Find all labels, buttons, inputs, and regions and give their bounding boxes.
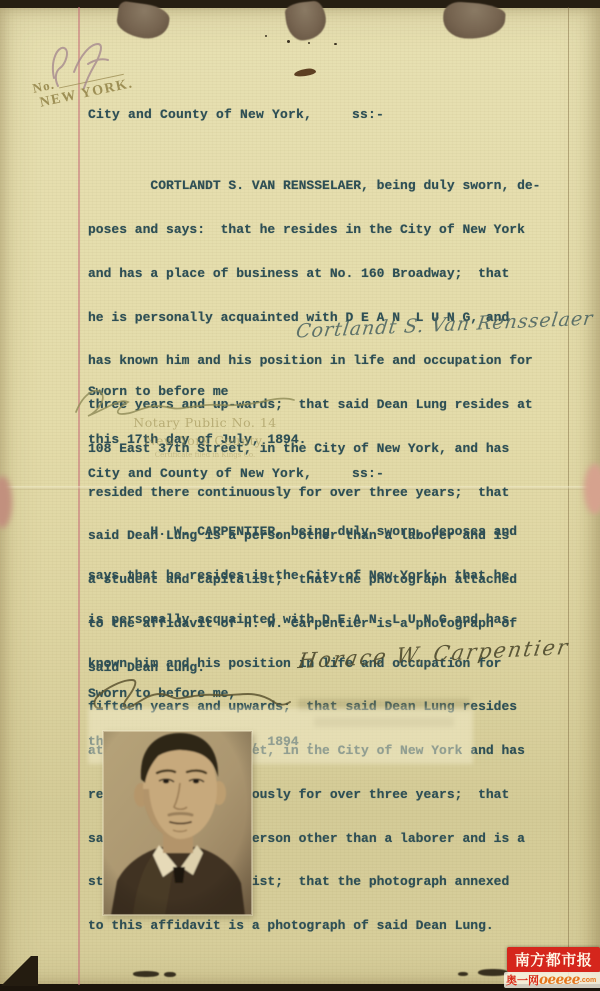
- body-line: H. W. CARPENTIER, being duly sworn, depo…: [88, 525, 525, 540]
- notary-stamp-line: New York County,: [80, 433, 330, 448]
- vertical-fold-line: [568, 7, 569, 985]
- ink-dot: [308, 42, 310, 44]
- ink-dot: [265, 35, 267, 37]
- body-line: poses and says: that he resides in the C…: [88, 223, 540, 238]
- newspaper-watermark-banner: 南方都市报: [507, 947, 600, 972]
- body-line: CORTLANDT S. VAN RENSSELAER, being duly …: [88, 179, 540, 194]
- affidavit2-heading: City and County of New York, ss:-: [88, 466, 384, 481]
- site-suffix: .com: [580, 977, 596, 984]
- affidavit1-heading: City and County of New York, ss:-: [88, 107, 384, 122]
- dean-lung-photograph: [103, 731, 252, 915]
- body-line: is personally acquainted with D E A N L …: [88, 613, 525, 628]
- ink-dot: [334, 43, 337, 45]
- body-line: and has a place of business at No. 160 B…: [88, 267, 540, 282]
- ink-smudge: [164, 972, 176, 977]
- newspaper-watermark-site: 奥一网 oeeee .com: [504, 972, 600, 988]
- body-line: says that he resides in the City of New …: [88, 569, 525, 584]
- ink-smudge: [133, 971, 159, 977]
- ruled-margin-line: [78, 7, 80, 985]
- ink-smudge: [458, 972, 468, 976]
- fingertip-right: [584, 464, 600, 514]
- notary-stamp-line: Certificate filed in Kings Co.: [80, 451, 330, 459]
- notary1-stamp: Notary Public No. 14 New York County, Ce…: [80, 415, 330, 459]
- document-scan: No. NEW YORK. City and County of New Yor…: [0, 0, 600, 991]
- site-prefix: 奥一网: [506, 972, 539, 988]
- handwritten-number-scrawl: [40, 38, 115, 93]
- notary-stamp-line: Notary Public No. 14: [80, 415, 330, 430]
- scan-background-corner: [0, 956, 38, 986]
- site-name: oeeee: [539, 972, 580, 988]
- body-line: to this affidavit is a photograph of sai…: [88, 919, 525, 934]
- ink-dot: [287, 40, 290, 43]
